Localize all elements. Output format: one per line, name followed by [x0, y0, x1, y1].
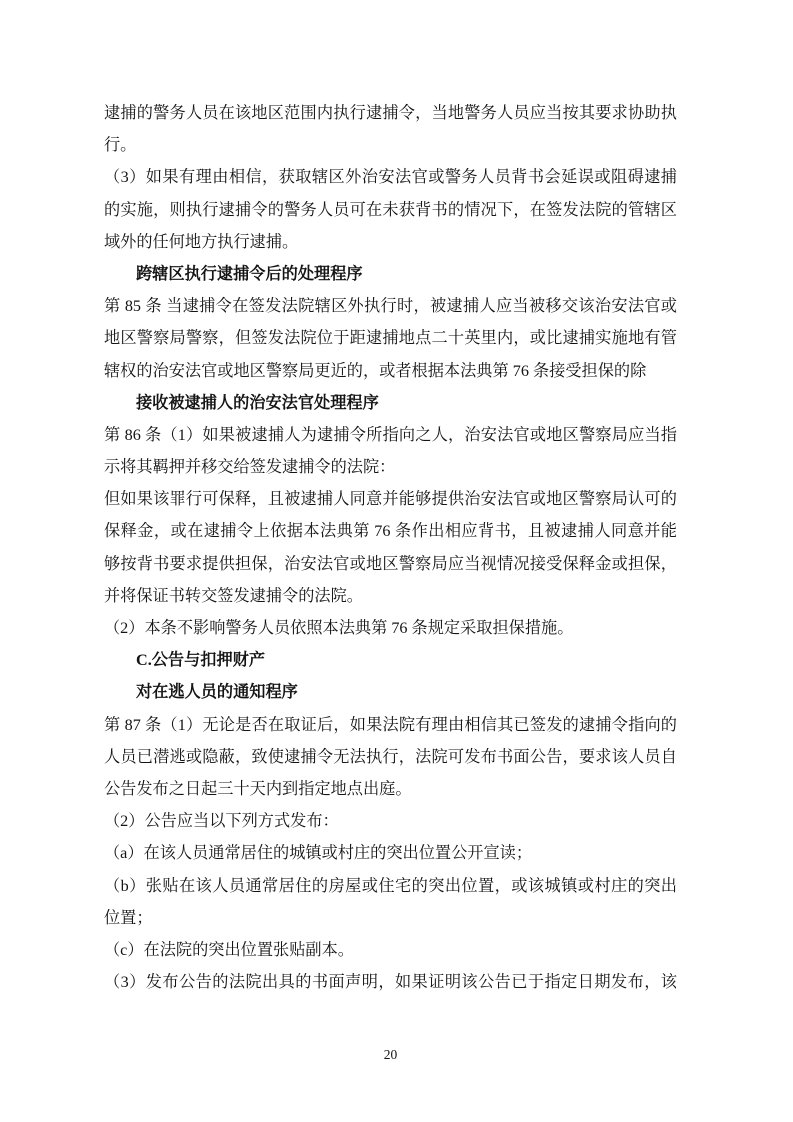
document-body: 逮捕的警务人员在该地区范围内执行逮捕令，当地警务人员应当按其要求协助执行。（3）… — [104, 97, 677, 998]
paragraph-line: 逮捕的警务人员在该地区范围内执行逮捕令，当地警务人员应当按其要求协助执 — [104, 97, 677, 129]
paragraph-line: 辖权的治安法官或地区警察局更近的，或者根据本法典第 76 条接受担保的除外。 — [104, 355, 677, 387]
paragraph-line: 域外的任何地方执行逮捕。 — [104, 226, 677, 258]
section-heading-line: C.公告与扣押财产 — [104, 644, 677, 676]
paragraph-line: 保释金，或在逮捕令上依据本法典第 76 条作出相应背书，且被逮捕人同意并能 — [104, 515, 677, 547]
paragraph-line: 行。 — [104, 129, 677, 161]
paragraph-line: 人员已潜逃或隐蔽，致使逮捕令无法执行，法院可发布书面公告，要求该人员自 — [104, 741, 677, 773]
section-heading-line: 对在逃人员的通知程序 — [104, 676, 677, 708]
paragraph-line: （2）公告应当以下列方式发布： — [104, 805, 677, 837]
paragraph-line: 第 86 条（1）如果被逮捕人为逮捕令所指向之人，治安法官或地区警察局应当指 — [104, 419, 677, 451]
paragraph-line: 第 87 条（1）无论是否在取证后，如果法院有理由相信其已签发的逮捕令指向的 — [104, 709, 677, 741]
section-heading-line: 跨辖区执行逮捕令后的处理程序 — [104, 258, 677, 290]
paragraph-line: 位置； — [104, 902, 677, 934]
paragraph-line: （a）在该人员通常居住的城镇或村庄的突出位置公开宣读； — [104, 837, 677, 869]
paragraph-line: （3）发布公告的法院出具的书面声明，如果证明该公告已于指定日期发布，该 — [104, 966, 677, 998]
paragraph-line: 示将其羁押并移交给签发逮捕令的法院： — [104, 451, 677, 483]
paragraph-line: 第 85 条 当逮捕令在签发法院辖区外执行时，被逮捕人应当被移交该治安法官或 — [104, 290, 677, 322]
page-number: 20 — [384, 1047, 398, 1062]
document-page: 逮捕的警务人员在该地区范围内执行逮捕令，当地警务人员应当按其要求协助执行。（3）… — [0, 0, 793, 1122]
paragraph-line: 地区警察局警察，但签发法院位于距逮捕地点二十英里内，或比逮捕实施地有管 — [104, 322, 677, 354]
paragraph-line: 但如果该罪行可保释，且被逮捕人同意并能够提供治安法官或地区警察局认可的 — [104, 483, 677, 515]
paragraph-line: 够按背书要求提供担保，治安法官或地区警察局应当视情况接受保释金或担保， — [104, 548, 677, 580]
paragraph-line: （2）本条不影响警务人员依照本法典第 76 条规定采取担保措施。 — [104, 612, 677, 644]
paragraph-line: （b）张贴在该人员通常居住的房屋或住宅的突出位置，或该城镇或村庄的突出 — [104, 870, 677, 902]
paragraph-line: 并将保证书转交签发逮捕令的法院。 — [104, 580, 677, 612]
paragraph-line: 的实施，则执行逮捕令的警务人员可在未获背书的情况下，在签发法院的管辖区 — [104, 194, 677, 226]
paragraph-line: （c）在法院的突出位置张贴副本。 — [104, 934, 677, 966]
paragraph-line: （3）如果有理由相信，获取辖区外治安法官或警务人员背书会延误或阻碍逮捕 — [104, 161, 677, 193]
page-footer: 20 — [104, 1046, 677, 1064]
section-heading-line: 接收被逮捕人的治安法官处理程序 — [104, 387, 677, 419]
paragraph-line: 公告发布之日起三十天内到指定地点出庭。 — [104, 773, 677, 805]
